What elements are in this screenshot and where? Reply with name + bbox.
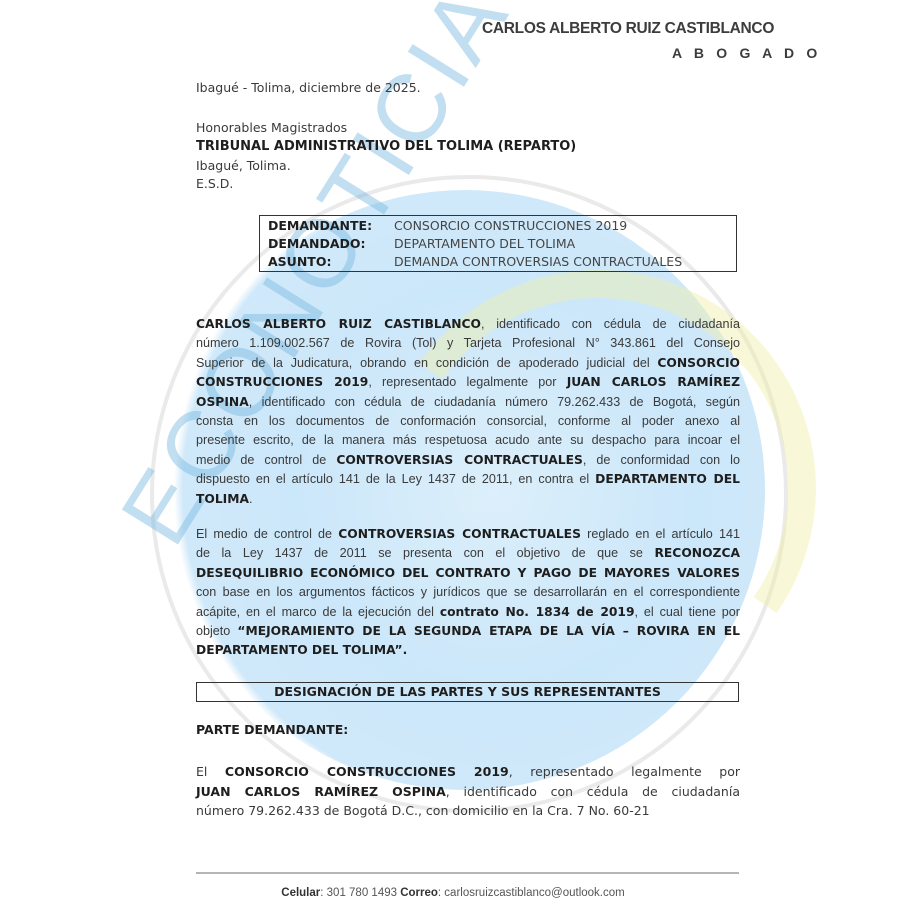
paragraph-line: DESEQUILIBRIO ECONÓMICO DEL CONTRATO Y P… [196,564,740,583]
party-label: DEMANDANTE: [268,217,394,235]
paragraph-introduction: CARLOS ALBERTO RUIZ CASTIBLANCO, identif… [196,315,740,509]
paragraph-line: número 79.262.433 de Bogotá D.C., con do… [196,801,740,821]
paragraph-line: Superior de la Judicatura, obrando en co… [196,354,740,373]
text: número 1.109.002.567 de Rovira (Tol) y T… [196,336,740,350]
bold-text: RECONOZCA [654,546,740,560]
bold-text: CONSORCIO [657,356,740,370]
text: , de conformidad con lo [583,453,740,467]
text: objeto [196,624,237,638]
bold-text: CONSORCIO CONSTRUCCIONES 2019 [225,764,509,779]
email-label: Correo [400,887,438,899]
party-value: DEPARTAMENTO DEL TOLIMA [394,235,575,253]
bold-text: CONTROVERSIAS CONTRACTUALES [338,527,581,541]
bold-text: DEPARTAMENTO DEL TOLIMA”. [196,643,407,657]
paragraph-line: OSPINA, identificado con cédula de ciuda… [196,393,740,412]
text: consta en los documentos de conformación… [196,414,740,428]
date-line: Ibagué - Tolima, diciembre de 2025. [196,80,421,95]
paragraph-line: El CONSORCIO CONSTRUCCIONES 2019, repres… [196,762,740,782]
bold-text: CONTROVERSIAS CONTRACTUALES [336,453,583,467]
party-row-plaintiff: DEMANDANTE: CONSORCIO CONSTRUCCIONES 201… [268,217,736,235]
subsection-title-plaintiff: PARTE DEMANDANTE: [196,722,348,737]
paragraph-line: JUAN CARLOS RAMÍREZ OSPINA, identificado… [196,782,740,802]
paragraph-line: medio de control de CONTROVERSIAS CONTRA… [196,451,740,470]
text: de la Ley 1437 de 2011 se presenta con e… [196,546,654,560]
text: , el cual tiene por [635,605,740,619]
party-row-defendant: DEMANDADO: DEPARTAMENTO DEL TOLIMA [268,235,736,253]
text: con base en los argumentos fácticos y ju… [196,585,740,599]
paragraph-line: de la Ley 1437 de 2011 se presenta con e… [196,544,740,563]
email-address: : carlosruizcastiblanco@outlook.com [438,887,625,899]
paragraph-line: objeto “MEJORAMIENTO DE LA SEGUNDA ETAPA… [196,622,740,641]
bold-text: JUAN CARLOS RAMÍREZ [567,375,740,389]
paragraph-line: consta en los documentos de conformación… [196,412,740,431]
paragraph-line: DEPARTAMENTO DEL TOLIMA”. [196,641,740,660]
paragraph-line: presente escrito, de la manera más respe… [196,431,740,450]
bold-text: “MEJORAMIENTO DE LA SEGUNDA ETAPA DE LA … [237,624,740,638]
paragraph-line: CONSTRUCCIONES 2019, representado legalm… [196,373,740,392]
party-label: DEMANDADO: [268,235,394,253]
bold-text: JUAN CARLOS RAMÍREZ OSPINA [196,784,446,799]
text: Superior de la Judicatura, obrando en co… [196,356,657,370]
text: acápite, en el marco de la ejecución del [196,605,440,619]
text: El [196,764,225,779]
paragraph-line: TOLIMA. [196,490,740,509]
bold-text: DEPARTAMENTO DEL [595,472,740,486]
addressee-salutation: Honorables Magistrados [196,120,347,135]
text: El medio de control de [196,527,338,541]
party-row-subject: ASUNTO: DEMANDA CONTROVERSIAS CONTRACTUA… [268,253,736,271]
bold-text: CARLOS ALBERTO RUIZ CASTIBLANCO [196,317,481,331]
party-value: DEMANDA CONTROVERSIAS CONTRACTUALES [394,253,682,271]
parties-box: DEMANDANTE: CONSORCIO CONSTRUCCIONES 201… [259,215,737,272]
paragraph-purpose: El medio de control de CONTROVERSIAS CON… [196,525,740,661]
text: , identificado con cédula de ciudadanía [446,784,740,799]
text: número 79.262.433 de Bogotá D.C., con do… [196,803,650,818]
bold-text: OSPINA [196,395,249,409]
text: medio de control de [196,453,336,467]
text: reglado en el artículo 141 [581,527,740,541]
bold-text: TOLIMA [196,492,249,506]
party-value: CONSORCIO CONSTRUCCIONES 2019 [394,217,627,235]
footer-divider [196,872,739,874]
text: , representado legalmente por [509,764,740,779]
bold-text: contrato No. 1834 de 2019 [440,605,635,619]
paragraph-line: número 1.109.002.567 de Rovira (Tol) y T… [196,334,740,353]
phone-number: : 301 780 1493 [320,887,400,899]
bold-text: CONSTRUCCIONES 2019 [196,375,368,389]
addressee-esd: E.S.D. [196,176,233,191]
addressee-city: Ibagué, Tolima. [196,158,291,173]
bold-text: DESEQUILIBRIO ECONÓMICO DEL CONTRATO Y P… [196,566,740,580]
letterhead-title: A B O G A D O [672,45,822,61]
phone-label: Celular [281,887,320,899]
paragraph-line: CARLOS ALBERTO RUIZ CASTIBLANCO, identif… [196,315,740,334]
text: presente escrito, de la manera más respe… [196,433,740,447]
paragraph-plaintiff: El CONSORCIO CONSTRUCCIONES 2019, repres… [196,762,740,821]
paragraph-line: El medio de control de CONTROVERSIAS CON… [196,525,740,544]
paragraph-line: acápite, en el marco de la ejecución del… [196,603,740,622]
footer-contact: Celular: 301 780 1493 Correo: carlosruiz… [0,887,906,899]
text: , identificado con cédula de ciudadanía [481,317,740,331]
text: , representado legalmente por [368,375,566,389]
section-title-parties: DESIGNACIÓN DE LAS PARTES Y SUS REPRESEN… [196,682,739,702]
letterhead-name: CARLOS ALBERTO RUIZ CASTIBLANCO [482,20,774,38]
text: . [249,492,253,506]
paragraph-line: dispuesto en el artículo 141 de la Ley 1… [196,470,740,489]
text: dispuesto en el artículo 141 de la Ley 1… [196,472,595,486]
addressee-court: TRIBUNAL ADMINISTRATIVO DEL TOLIMA (REPA… [196,139,576,154]
party-label: ASUNTO: [268,253,394,271]
text: , identificado con cédula de ciudadanía … [249,395,740,409]
paragraph-line: con base en los argumentos fácticos y ju… [196,583,740,602]
